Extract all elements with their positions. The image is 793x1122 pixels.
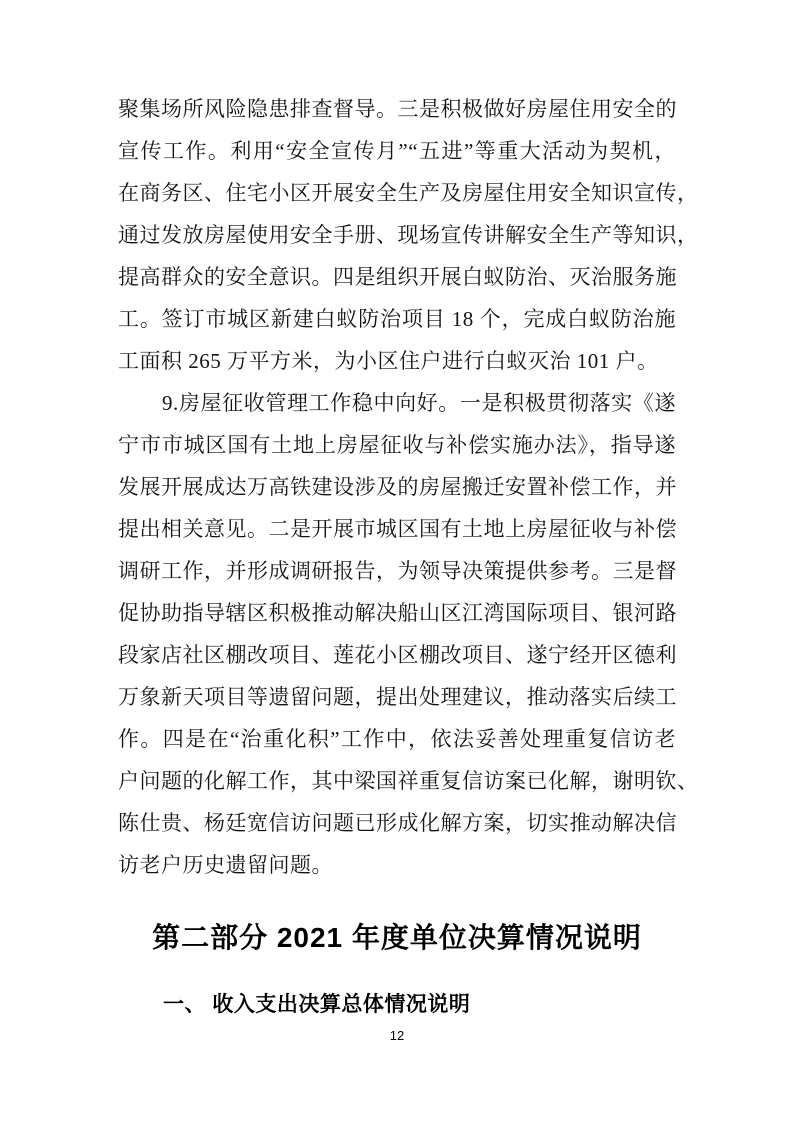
document-page: 聚集场所风险隐患排查督导。三是积极做好房屋住用安全的 宣传工作。利用“安全宣传月… — [0, 0, 793, 1122]
text-line: 段家店社区棚改项目、莲花小区棚改项目、遂宁经开区德利 — [118, 634, 676, 676]
text-line: 聚集场所风险隐患排查督导。三是积极做好房屋住用安全的 — [118, 88, 676, 130]
text-line: 万象新天项目等遗留问题，提出处理建议，推动落实后续工 — [118, 676, 676, 718]
text-line: 工面积 265 万平方米，为小区住户进行白蚁灭治 101 户。 — [118, 340, 676, 382]
text-line: 促协助指导辖区积极推动解决船山区江湾国际项目、银河路 — [118, 592, 676, 634]
text-line: 宁市市城区国有土地上房屋征收与补偿实施办法》，指导遂 — [118, 424, 676, 466]
text-line: 通过发放房屋使用安全手册、现场宣传讲解安全生产等知识， — [118, 214, 676, 256]
text-line: 提高群众的安全意识。四是组织开展白蚁防治、灭治服务施 — [118, 256, 676, 298]
text-line: 发展开展成达万高铁建设涉及的房屋搬迁安置补偿工作，并 — [118, 466, 676, 508]
subsection-heading: 一、 收入支出决算总体情况说明 — [118, 990, 676, 1020]
section-heading: 第二部分 2021 年度单位决算情况说明 — [118, 916, 676, 960]
text-line: 访老户历史遗留问题。 — [118, 844, 676, 886]
text-line: 作。四是在“治重化积”工作中，依法妥善处理重复信访老 — [118, 718, 676, 760]
housing-expropriation-paragraph: 9.房屋征收管理工作稳中向好。一是积极贯彻落实《遂 宁市市城区国有土地上房屋征收… — [118, 382, 676, 886]
text-line: 工。签订市城区新建白蚁防治项目 18 个，完成白蚁防治施 — [118, 298, 676, 340]
text-line: 在商务区、住宅小区开展安全生产及房屋住用安全知识宣传， — [118, 172, 676, 214]
text-line: 9.房屋征收管理工作稳中向好。一是积极贯彻落实《遂 — [118, 382, 676, 424]
text-line: 户问题的化解工作，其中梁国祥重复信访案已化解，谢明钦、 — [118, 760, 676, 802]
text-line: 调研工作，并形成调研报告，为领导决策提供参考。三是督 — [118, 550, 676, 592]
text-line: 宣传工作。利用“安全宣传月”“五进”等重大活动为契机， — [118, 130, 676, 172]
page-number: 12 — [118, 1028, 676, 1044]
text-line: 陈仕贵、杨廷宽信访问题已形成化解方案，切实推动解决信 — [118, 802, 676, 844]
housing-safety-paragraph: 聚集场所风险隐患排查督导。三是积极做好房屋住用安全的 宣传工作。利用“安全宣传月… — [118, 88, 676, 382]
text-line: 提出相关意见。二是开展市城区国有土地上房屋征收与补偿 — [118, 508, 676, 550]
page-content: 聚集场所风险隐患排查督导。三是积极做好房屋住用安全的 宣传工作。利用“安全宣传月… — [0, 0, 793, 1044]
